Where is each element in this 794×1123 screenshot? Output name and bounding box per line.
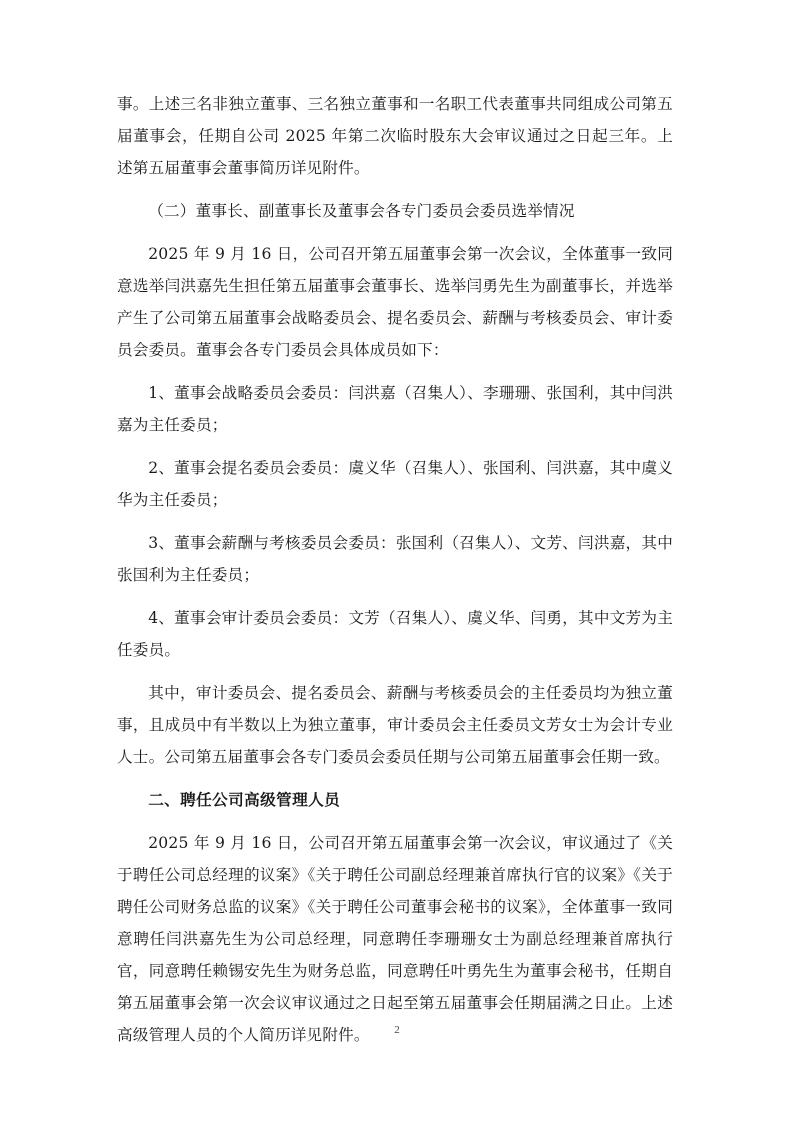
list-item-compensation-committee: 3、董事会薪酬与考核委员会委员：张国利（召集人）、文芳、闫洪嘉，其中张国利为主任…: [117, 527, 673, 591]
section-heading-senior-management: 二、聘任公司高级管理人员: [117, 784, 673, 816]
paragraph-committee-notes: 其中，审计委员会、提名委员会、薪酬与考核委员会的主任委员均为独立董事，且成员中有…: [117, 677, 673, 773]
list-item-audit-committee: 4、董事会审计委员会委员：文芳（召集人）、虞义华、闫勇，其中文芳为主任委员。: [117, 602, 673, 666]
paragraph-first-meeting: 2025 年 9 月 16 日，公司召开第五届董事会第一次会议，全体董事一致同意…: [117, 238, 673, 366]
page-number: 2: [0, 1024, 794, 1036]
list-item-strategy-committee: 1、董事会战略委员会委员：闫洪嘉（召集人）、李珊珊、张国利，其中闫洪嘉为主任委员…: [117, 377, 673, 441]
paragraph-senior-management-appointment: 2025 年 9 月 16 日，公司召开第五届董事会第一次会议，审议通过了《关于…: [117, 827, 673, 1051]
paragraph-board-composition: 事。上述三名非独立董事、三名独立董事和一名职工代表董事共同组成公司第五届董事会，…: [117, 88, 673, 184]
subheading-chairman-election: （二）董事长、副董事长及董事会各专门委员会委员选举情况: [117, 195, 673, 227]
document-page: 事。上述三名非独立董事、三名独立董事和一名职工代表董事共同组成公司第五届董事会，…: [117, 88, 673, 1062]
list-item-nomination-committee: 2、董事会提名委员会委员：虞义华（召集人）、张国利、闫洪嘉，其中虞义华为主任委员…: [117, 452, 673, 516]
